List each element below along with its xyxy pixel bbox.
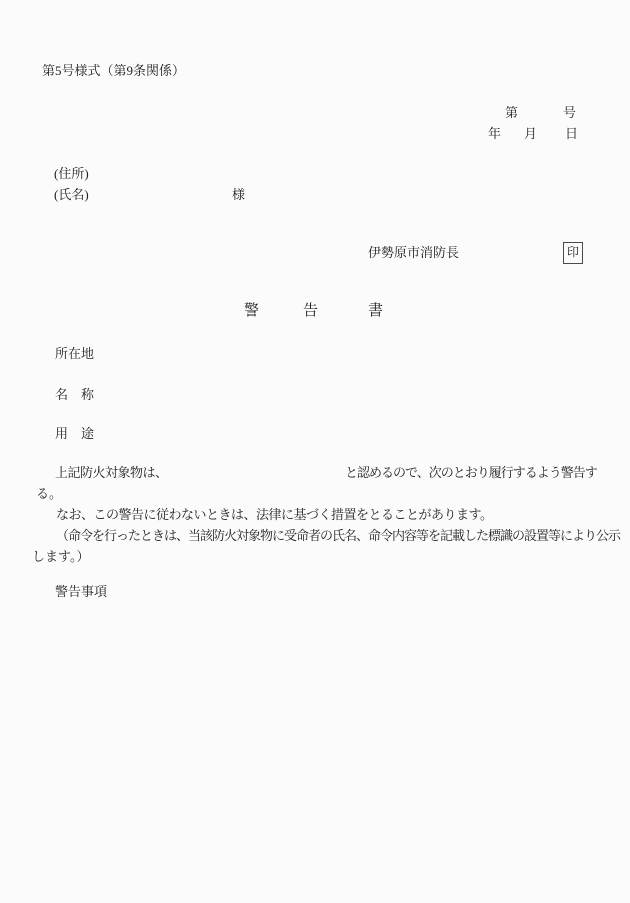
date-month-label: 月 bbox=[524, 127, 537, 142]
warning-items-label: 警告事項 bbox=[55, 585, 107, 600]
seal-box: 印 bbox=[563, 242, 583, 264]
body-line5: します。） bbox=[32, 550, 89, 565]
body-line1-left: 上記防火対象物は、 bbox=[55, 466, 168, 481]
doc-title-char-3: 書 bbox=[368, 303, 383, 320]
body-line4: （命令を行ったときは、当該防火対象物に受命者の氏名、命令内容等を記載した標識の設… bbox=[56, 529, 620, 544]
warning-document-page: 第5号様式（第9条関係） 第 号 年 月 日 (住所) (氏名) 様 伊勢原市消… bbox=[0, 0, 630, 903]
doc-number-prefix: 第 bbox=[505, 106, 518, 121]
body-line2: る。 bbox=[36, 487, 62, 502]
recipient-honorific: 様 bbox=[232, 188, 245, 203]
field-name-label: 名 称 bbox=[55, 388, 94, 403]
doc-title-char-1: 警 bbox=[244, 303, 259, 320]
seal-label: 印 bbox=[567, 246, 579, 260]
recipient-name-label: (氏名) bbox=[54, 188, 89, 203]
recipient-address-label: (住所) bbox=[54, 167, 89, 182]
form-number: 第5号様式（第9条関係） bbox=[42, 64, 185, 79]
field-use-label: 用 途 bbox=[55, 427, 94, 442]
date-day-label: 日 bbox=[565, 127, 578, 142]
body-line3: なお、この警告に従わないときは、法律に基づく措置をとることがあります。 bbox=[56, 508, 492, 523]
doc-title-char-2: 告 bbox=[303, 303, 318, 320]
body-line1-right: と認めるので、次のとおり履行するよう警告す bbox=[345, 466, 597, 481]
field-location-label: 所在地 bbox=[55, 347, 94, 362]
date-year-label: 年 bbox=[488, 127, 501, 142]
doc-number-suffix: 号 bbox=[563, 106, 576, 121]
issuer-title: 伊勢原市消防長 bbox=[368, 246, 459, 261]
